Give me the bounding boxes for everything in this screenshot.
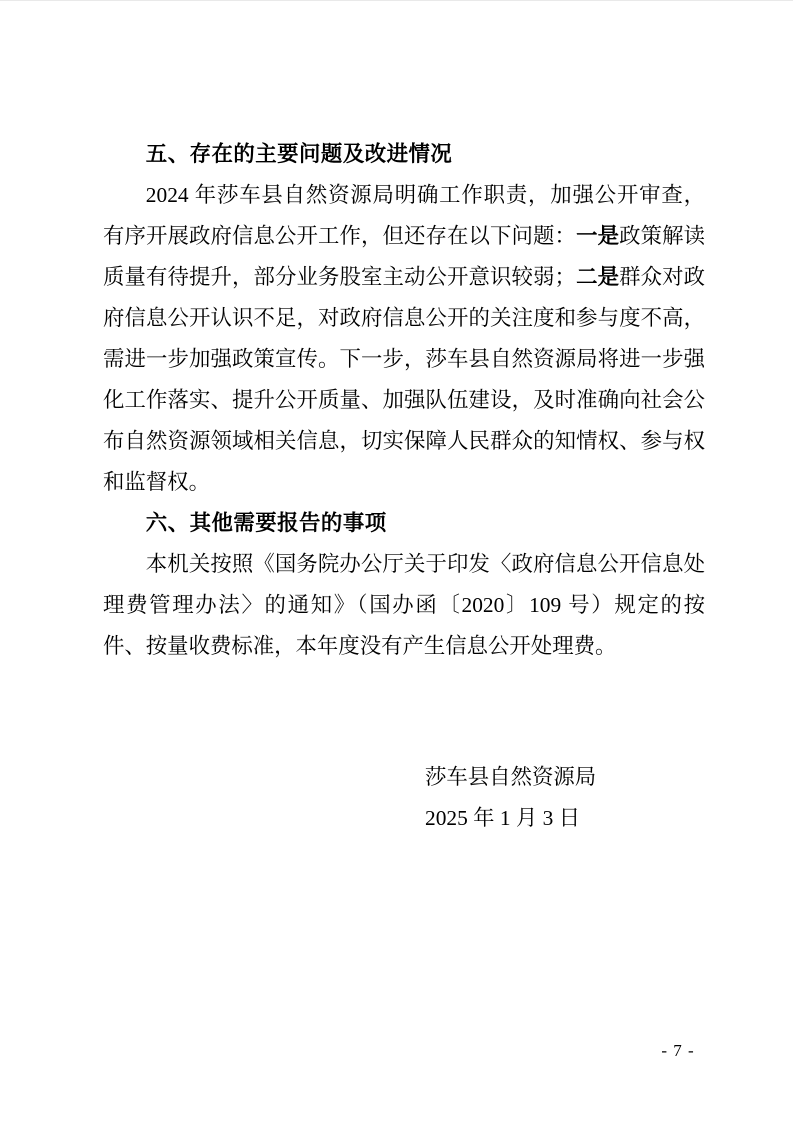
document-body: 五、存在的主要问题及改进情况 2024 年莎车县自然资源局明确工作职责，加强公开… xyxy=(103,134,705,667)
page-number: - 7 - xyxy=(640,1042,716,1060)
emphasis-second-point: 二是 xyxy=(576,265,619,289)
document-page: 五、存在的主要问题及改进情况 2024 年莎车县自然资源局明确工作职责，加强公开… xyxy=(0,0,793,1122)
section-5-paragraph: 2024 年莎车县自然资源局明确工作职责，加强公开审查，有序开展政府信息公开工作… xyxy=(103,175,705,503)
section-6-paragraph: 本机关按照《国务院办公厅关于印发〈政府信息公开信息处理费管理办法〉的通知》（国办… xyxy=(103,544,705,667)
signature-block: 莎车县自然资源局 2025 年 1 月 3 日 xyxy=(425,757,596,839)
signature-organization: 莎车县自然资源局 xyxy=(425,757,596,798)
section-5-heading: 五、存在的主要问题及改进情况 xyxy=(103,134,705,175)
section-6-heading: 六、其他需要报告的事项 xyxy=(103,503,705,544)
paragraph-text: 群众对政府信息公开认识不足，对政府信息公开的关注度和参与度不高，需进一步加强政策… xyxy=(103,265,705,494)
emphasis-first-point: 一是 xyxy=(576,224,619,248)
signature-date: 2025 年 1 月 3 日 xyxy=(425,798,596,839)
